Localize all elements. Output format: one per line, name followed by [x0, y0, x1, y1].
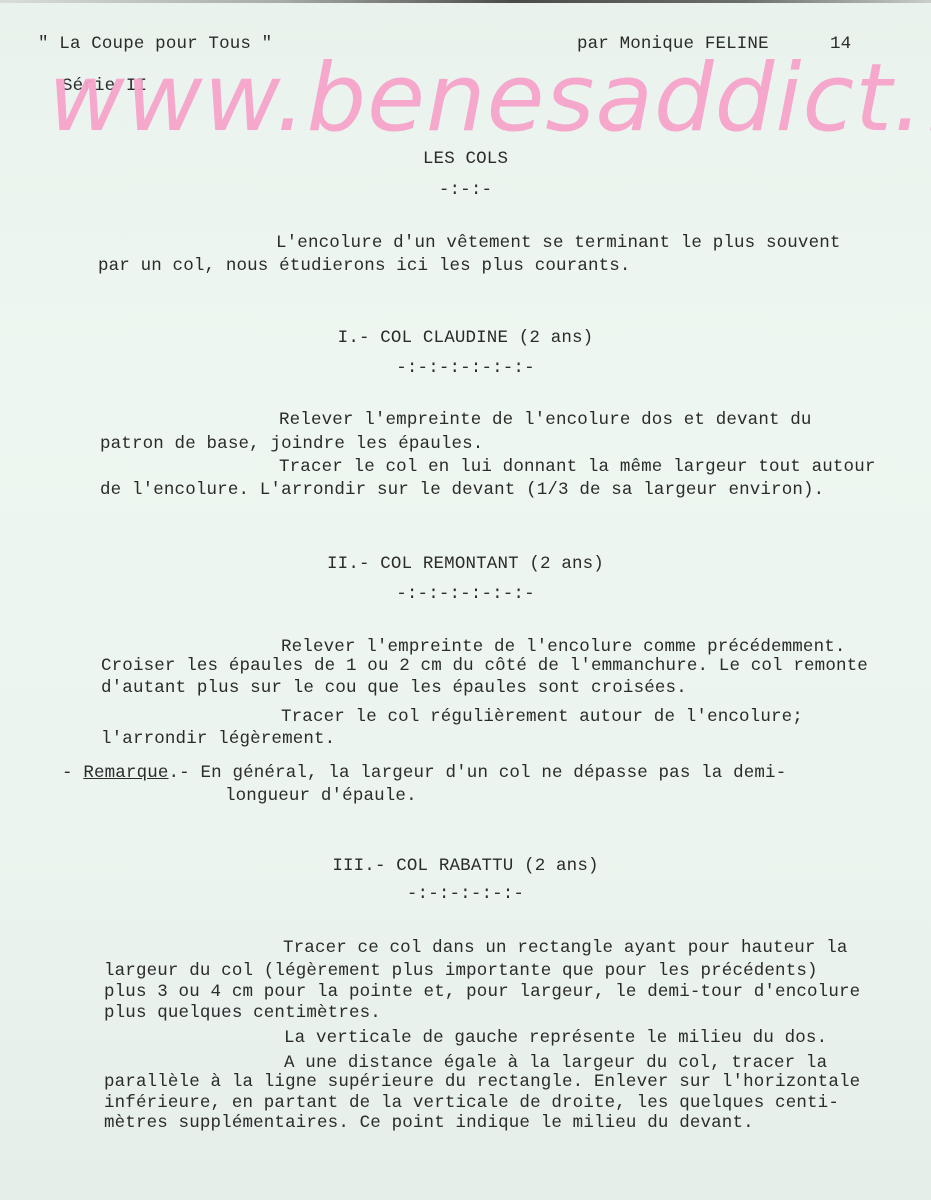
- body-line: d'autant plus sur le cou que les épaules…: [101, 678, 687, 698]
- remark-text: longueur d'épaule.: [225, 786, 417, 806]
- intro-line: L'encolure d'un vêtement se terminant le…: [276, 233, 841, 253]
- intro-line: par un col, nous étudierons ici les plus…: [98, 256, 631, 276]
- body-line: parallèle à la ligne supérieure du recta…: [104, 1072, 860, 1092]
- remark-dash: -: [62, 763, 83, 783]
- watermark: www.benesaddict.fr: [48, 52, 931, 146]
- body-line: mètres supplémentaires. Ce point indique…: [104, 1113, 754, 1133]
- body-line: Croiser les épaules de 1 ou 2 cm du côté…: [101, 656, 868, 676]
- remark-label: Remarque: [83, 763, 168, 783]
- section-separator: -:-:-:-:-:-: [0, 884, 931, 904]
- body-line: l'arrondir légèrement.: [101, 729, 335, 749]
- body-line: de l'encolure. L'arrondir sur le devant …: [100, 480, 824, 500]
- body-line: Tracer le col régulièrement autour de l'…: [281, 707, 803, 727]
- section-separator: -:-:-:-:-:-:-: [0, 358, 931, 378]
- body-line: A une distance égale à la largeur du col…: [284, 1053, 827, 1073]
- remark-separator: .-: [169, 763, 201, 783]
- section-heading-col-remontant: II.- COL REMONTANT (2 ans): [0, 554, 931, 574]
- body-line: largeur du col (légèrement plus importan…: [104, 961, 818, 981]
- body-line: La verticale de gauche représente le mil…: [284, 1028, 827, 1048]
- body-line: Tracer le col en lui donnant la même lar…: [279, 457, 876, 477]
- body-line: Relever l'empreinte de l'encolure dos et…: [279, 410, 812, 430]
- body-line: Relever l'empreinte de l'encolure comme …: [281, 637, 846, 657]
- body-line: Tracer ce col dans un rectangle ayant po…: [283, 938, 848, 958]
- section-separator: -:-:-:-:-:-:-: [0, 584, 931, 604]
- body-line: plus quelques centimètres.: [104, 1003, 381, 1023]
- page-title: LES COLS: [0, 149, 931, 169]
- document-page: " La Coupe pour Tous " par Monique FELIN…: [0, 0, 931, 1200]
- remark: - Remarque.- En général, la largeur d'un…: [62, 763, 786, 783]
- body-line: patron de base, joindre les épaules.: [100, 434, 483, 454]
- title-separator: -:-:-: [0, 180, 931, 200]
- body-line: inférieure, en partant de la verticale d…: [104, 1093, 839, 1113]
- section-heading-col-rabattu: III.- COL RABATTU (2 ans): [0, 856, 931, 876]
- body-line: plus 3 ou 4 cm pour la pointe et, pour l…: [104, 982, 860, 1002]
- section-heading-col-claudine: I.- COL CLAUDINE (2 ans): [0, 328, 931, 348]
- scan-top-edge: [0, 0, 931, 3]
- remark-text: En général, la largeur d'un col ne dépas…: [201, 763, 787, 783]
